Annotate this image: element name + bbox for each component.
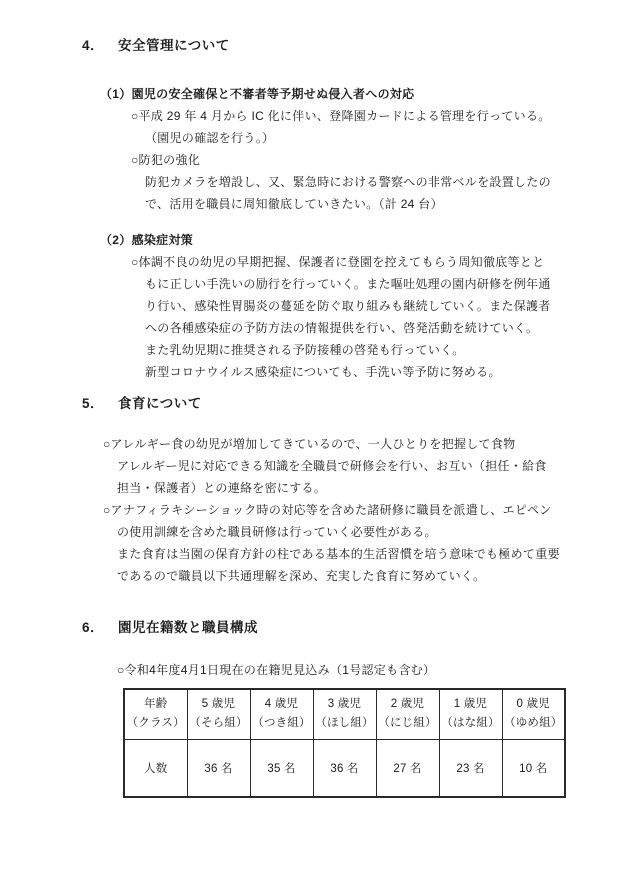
table-cell-count-age3: 36 名 (313, 739, 376, 797)
cell-line: （つき組） (251, 714, 313, 733)
text-line: もに正しい手洗いの励行を行っていく。また嘔吐処理の園内研修を例年通 (145, 273, 644, 295)
text-line: であるので職員以下共通理解を深め、充実した食育に努めていく。 (117, 565, 644, 587)
cell-line: （にじ組） (377, 714, 439, 733)
enrollment-table: 年齢 （クラス） 5 歳児 （そら組） 4 歳児 （つき組） 3 歳児 （ほし組… (123, 688, 566, 798)
table-data-row: 人数 36 名 35 名 36 名 27 名 23 名 10 名 (124, 739, 565, 797)
cell-line: （はな組） (440, 714, 502, 733)
cell-line: （そら組） (188, 714, 250, 733)
table-cell-count-age1: 23 名 (439, 739, 502, 797)
table-cell-age1: 1 歳児 （はな組） (439, 689, 502, 739)
table-cell-count-label: 人数 (124, 739, 187, 797)
table-cell-count-age2: 27 名 (376, 739, 439, 797)
text-line: ○平成 29 年 4 月から IC 化に伴い、登降園カードによる管理を行っている… (131, 105, 644, 127)
section-6-number: 6． (82, 617, 118, 639)
cell-line: 1 歳児 (440, 695, 502, 714)
cell-line: （ゆめ組） (503, 714, 565, 733)
text-line: 新型コロナウイルス感染症についても、手洗い等予防に努める。 (145, 361, 644, 383)
text-line: り行い、感染性胃腸炎の蔓延を防ぐ取り組みも継続していく。また保護者 (145, 295, 644, 317)
table-cell-age2: 2 歳児 （にじ組） (376, 689, 439, 739)
section-6-title: 園児在籍数と職員構成 (118, 620, 258, 635)
document-page: 4．安全管理について （1）園児の安全確保と不審者等予期せぬ侵入者への対応 ○平… (0, 0, 644, 869)
section-4-sub2-heading: （2）感染症対策 (100, 229, 644, 251)
table-cell-age0: 0 歳児 （ゆめ組） (502, 689, 565, 739)
section-4-title: 安全管理について (118, 38, 230, 53)
cell-line: （ほし組） (314, 714, 376, 733)
enrollment-note: ○令和4年度4月1日現在の在籍児見込み（1号認定も含む） (117, 659, 644, 681)
text-line: ○アレルギー食の幼児が増加してきているので、一人ひとりを把握して食物 (103, 433, 644, 455)
cell-line: 5 歳児 (188, 695, 250, 714)
text-line: （園児の確認を行う。） (145, 127, 644, 149)
text-line: 防犯カメラを増設し、又、緊急時における警察への非常ベルを設置したの (145, 171, 644, 193)
table-cell-age5: 5 歳児 （そら組） (187, 689, 250, 739)
table-cell-count-age4: 35 名 (250, 739, 313, 797)
cell-line: 年齢 (125, 695, 187, 714)
section-5-title: 食育について (118, 396, 202, 411)
cell-line: 3 歳児 (314, 695, 376, 714)
table-cell-age-header: 年齢 （クラス） (124, 689, 187, 739)
text-line: ○体調不良の幼児の早期把握、保護者に登園を控えてもらう周知徹底等とと (131, 251, 644, 273)
text-line: アレルギー児に対応できる知識を全職員で研修会を行い、お互い（担任・給食 (117, 455, 644, 477)
cell-line: 0 歳児 (503, 695, 565, 714)
table-cell-age4: 4 歳児 （つき組） (250, 689, 313, 739)
section-4-heading: 4．安全管理について (0, 35, 644, 57)
cell-line: 4 歳児 (251, 695, 313, 714)
text-line: また食育は当園の保育方針の柱である基本的生活習慣を培う意味でも極めて重要 (117, 543, 644, 565)
table-cell-count-age5: 36 名 (187, 739, 250, 797)
section-4-sub1-heading: （1）園児の安全確保と不審者等予期せぬ侵入者への対応 (100, 83, 644, 105)
section-6-heading: 6．園児在籍数と職員構成 (0, 617, 644, 639)
table-header-row: 年齢 （クラス） 5 歳児 （そら組） 4 歳児 （つき組） 3 歳児 （ほし組… (124, 689, 565, 739)
text-line: ○アナフィラキシーショック時の対応等を含めた諸研修に職員を派遣し、エピペン (103, 499, 644, 521)
text-line: 担当・保護者）との連絡を密にする。 (117, 477, 644, 499)
section-5-number: 5． (82, 393, 118, 415)
text-line: また乳幼児期に推奨される予防接種の啓発も行っていく。 (145, 339, 644, 361)
table-cell-age3: 3 歳児 （ほし組） (313, 689, 376, 739)
table-cell-count-age0: 10 名 (502, 739, 565, 797)
cell-line: 2 歳児 (377, 695, 439, 714)
text-line: の使用訓練を含めた職員研修は行っていく必要性がある。 (117, 521, 644, 543)
section-5-heading: 5．食育について (0, 393, 644, 415)
section-4-number: 4． (82, 35, 118, 57)
text-line: への各種感染症の予防方法の情報提供を行い、啓発活動を続けていく。 (145, 317, 644, 339)
cell-line: （クラス） (125, 714, 187, 733)
text-line: ○防犯の強化 (131, 149, 644, 171)
text-line: で、活用を職員に周知徹底していきたい。（計 24 台） (145, 193, 644, 215)
